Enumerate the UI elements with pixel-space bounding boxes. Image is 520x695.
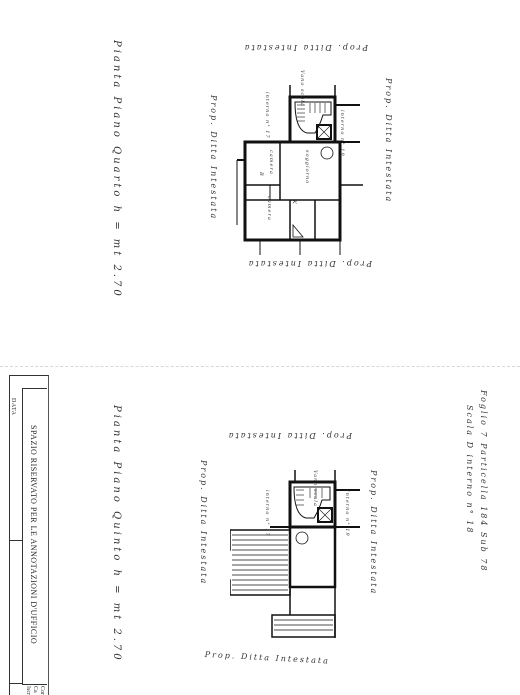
upper-floor-plan: [235, 85, 365, 255]
office-side-1: Com: [39, 686, 45, 695]
stair-interior-reference: Scala D interno n° 18: [465, 405, 474, 534]
sheet-reference: Foglio 7 Particella 184 Sub 78: [479, 390, 488, 572]
office-date-label: DATA: [10, 398, 16, 416]
upper-room-living: soggiorno: [304, 150, 310, 184]
office-divider-bottom: [9, 683, 22, 684]
upper-room-camera-2: camera: [266, 196, 272, 221]
upper-interior-left: interno n° 17: [264, 92, 270, 139]
lower-label-bottom: Prop. Ditta Intestata: [205, 650, 331, 666]
upper-label-left: Prop. Ditta Intestata: [209, 95, 218, 220]
lower-plan-title: Pianta Piano Quinto h = mt 2.70: [111, 405, 122, 663]
upper-room-bath: B: [258, 172, 264, 177]
lower-interior-left: interno n° 17: [264, 490, 270, 537]
lower-label-top: Prop. Ditta Intestata: [227, 431, 352, 440]
upper-label-right: Prop. Ditta Intestata: [384, 78, 393, 203]
office-box-title: SPAZIO RISERVATO PER LE ANNOTAZIONI D'UF…: [29, 425, 38, 644]
lower-interior-right: interno n° 19: [344, 490, 350, 537]
fold-line: [0, 366, 520, 368]
office-side-2: Ca: [32, 686, 38, 693]
upper-label-top: Prop. Ditta Intestata: [243, 43, 368, 52]
lower-label-left: Prop. Ditta Intestata: [199, 460, 208, 585]
office-side-3: Iscr: [25, 686, 31, 695]
lower-label-right: Prop. Ditta Intestata: [369, 470, 378, 595]
upper-plan-title: Pianta Piano Quarto h = mt 2.70: [111, 40, 122, 299]
office-divider: [9, 540, 22, 541]
upper-stair-label: Vano scala: [299, 70, 305, 107]
upper-room-kitchen: K: [291, 200, 297, 205]
upper-label-bottom: Prop. Ditta Intestata: [247, 259, 372, 268]
upper-room-camera-1: camera: [268, 150, 274, 175]
lower-stair-label: Vano scala: [312, 470, 318, 507]
upper-interior-right: interno n° 19: [339, 110, 345, 157]
